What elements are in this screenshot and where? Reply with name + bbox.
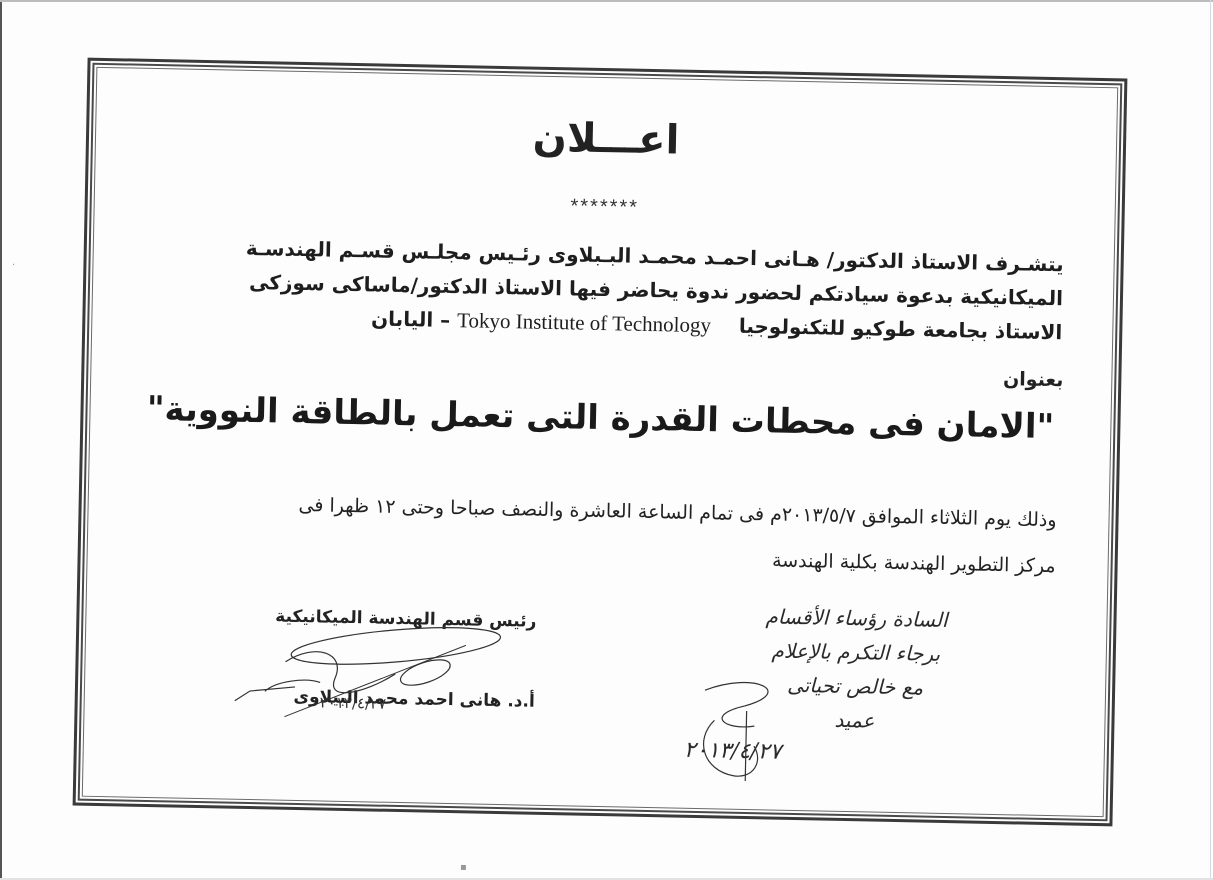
handwritten-note: السادة رؤساء الأقسام برجاء التكرم بالإعل… [673,598,1037,805]
scan-speck: · [12,260,15,271]
affiliation-english: Tokyo Institute of Technology [457,308,711,337]
affiliation-country: – اليابان [371,306,451,332]
announcement-frame: اعـــلان ******* يتشـرف الاستاذ الدكتور/… [73,58,1128,827]
affiliation-arabic: الاستاذ بجامعة طوكيو للتكنولوجيا [739,314,1063,344]
lecture-title: "الامان فى محطات القدرة التى تعمل بالطاق… [80,388,1121,449]
handnote-ref-date: ٢٠١٣/٤/٢٧ [673,734,1034,775]
announcement-heading: اعـــلان [86,106,1127,173]
invitation-paragraph: يتشـرف الاستاذ الدكتور/ هـانى احمـد محمـ… [132,229,1064,350]
scan-edge-top [0,0,1213,2]
subject-label: بعنوان [1003,368,1064,391]
separator-stars: ******* [85,186,1125,230]
scan-speck: ▪ [460,862,467,873]
scan-edge-right [1210,0,1211,880]
schedule-paragraph: وذلك يوم الثلاثاء الموافق ٢٠١٣/٥/٧م فى ت… [127,479,1057,590]
scan-edge-left [0,0,2,880]
signatory-block: رئيس قسم الهندسة الميكانيكية أ.د. هانى ا… [215,605,537,711]
